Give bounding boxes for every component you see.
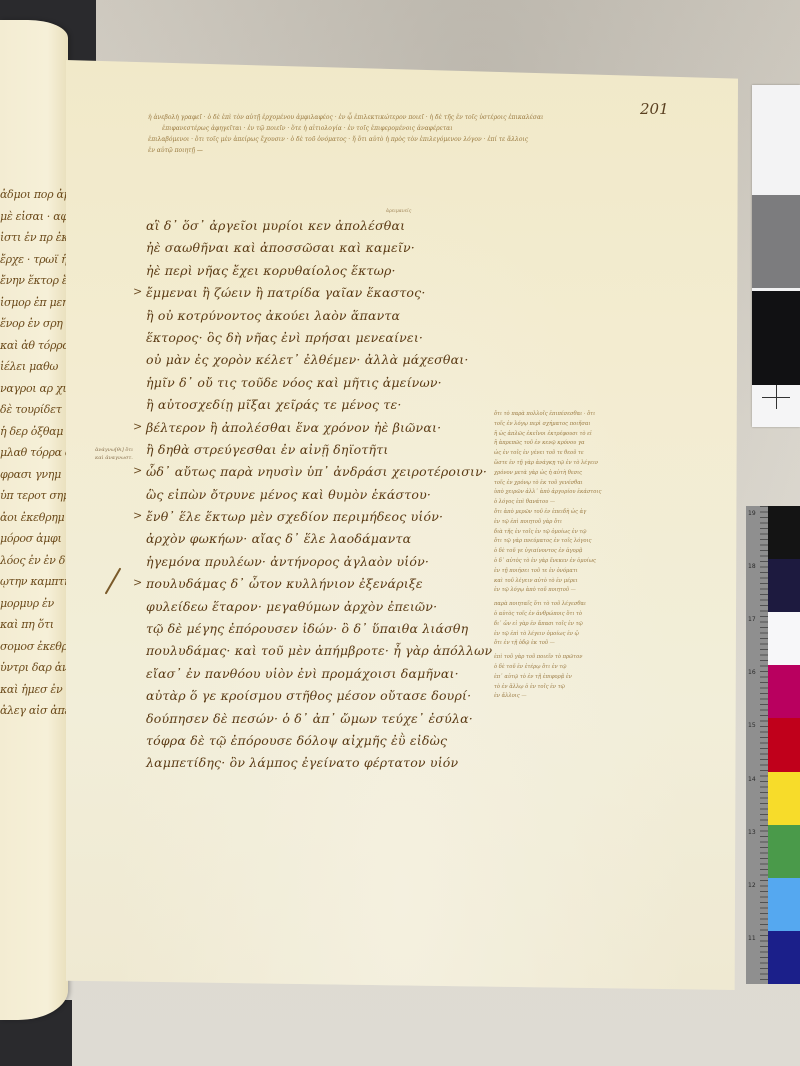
gray-patch-black bbox=[752, 291, 800, 385]
ruler-tick-label: 16 bbox=[748, 669, 756, 676]
verso-line: μὲ εἰσαι · αφ υν bbox=[0, 210, 68, 223]
verse-line: ἠὲ περὶ νῆας ἔχει κορυθαίολος ἕκτωρ· bbox=[146, 263, 486, 285]
scholia-line: ὅτι τῷ γὰρ πνεύματος ἐν τοῖς λόγοις bbox=[494, 537, 642, 547]
verse-text: λαμπετίδης· ὃν λάμπος ἐγείνατο φέρτατον … bbox=[146, 755, 458, 770]
verse-text: ἠὲ περὶ νῆας ἔχει κορυθαίολος ἕκτωρ· bbox=[146, 263, 396, 278]
verso-line: ἀλεγ αἰσ ἀπε bbox=[0, 704, 68, 717]
ruler-tick-label: 18 bbox=[748, 563, 756, 570]
scholia-line: ἐπὶ τοῦ γὰρ τοῦ ποιεῖν τὸ πρῶτον bbox=[494, 653, 642, 663]
verse-text: ἠὲ σαωθῆναι καὶ ἀποσσῶσαι καὶ καμεῖν· bbox=[146, 240, 415, 255]
verse-text: πουλυδάμας· καὶ τοῦ μὲν ἀπήμβροτε· ἦ γὰρ… bbox=[146, 643, 492, 658]
verse-line: ἢ οὐ κοτρύνοντος ἀκούει λαὸν ἅπαντα bbox=[146, 308, 486, 330]
verso-line: ὑντρι δαρ ἀν bbox=[0, 661, 68, 674]
verse-text: πουλυδάμας δ᾽ ὦτον κυλλήνιον ἐξενάριξε bbox=[146, 576, 423, 591]
verse-line: ἢ δηθὰ στρεύγεσθαι ἐν αἰνῇ δηϊοτῆτι bbox=[146, 442, 486, 464]
verso-line: ἡ δερ ὀξθαμ bbox=[0, 425, 63, 438]
verso-line: μόροσ ἀμφι bbox=[0, 532, 61, 545]
verse-text: ἢ αὐτοσχεδίῃ μῖξαι χεῖράς τε μένος τε· bbox=[146, 397, 402, 412]
scholia-line: ὁ αὐτὸς τοῖς ἐν ἀνθρώποις ὅτι τὸ bbox=[494, 610, 642, 620]
verso-line: ἱστι ἐν πρ ἐκεν bbox=[0, 231, 68, 244]
gray-patch-white bbox=[752, 85, 800, 193]
verse-text: τῷ δὲ μέγης ἐπόρουσεν ἰδών· ὃ δ᾽ ὕπαιθα … bbox=[146, 621, 468, 636]
scholia-line: ὥστε ἐν τῇ γὰρ ἀνάγκῃ τῷ ἐν τὸ λέγειν bbox=[494, 459, 642, 469]
color-swatch bbox=[768, 506, 800, 560]
verso-page: ἀδμοι πορ ἀμῆμὲ εἰσαι · αφ υνἱστι ἐν πρ … bbox=[0, 20, 68, 1020]
diple-mark-icon: > bbox=[133, 420, 142, 433]
verse-line: >πουλυδάμας δ᾽ ὦτον κυλλήνιον ἐξενάριξε bbox=[146, 576, 486, 598]
margin-note-line: ἀνάγνω[θι] ὅτι bbox=[95, 446, 133, 454]
verse-line: τόφρα δὲ τῷ ἐπόρουσε δόλοψ αἰχμῆς ἐῢ εἰδ… bbox=[146, 733, 486, 755]
ruler-tick-label: 15 bbox=[748, 722, 756, 729]
verso-line: ἕνορ ἐν σρη τηω bbox=[0, 317, 68, 330]
scholia-line: ὅτι ἐν τῇ ὁδῷ ἐκ τοῦ — bbox=[494, 639, 642, 649]
color-swatch bbox=[768, 931, 800, 985]
scholia-top-line: ἡ ἀνεβολὴ γραφεῖ · ὁ δὲ ἐπὶ τὸν αὐτῇ ἐρχ… bbox=[148, 112, 638, 123]
verso-line: δὲ τουρίδετ bbox=[0, 403, 62, 416]
scholia-top: ἡ ἀνεβολὴ γραφεῖ · ὁ δὲ ἐπὶ τὸν αὐτῇ ἐρχ… bbox=[148, 112, 638, 156]
scholia-line: ἐν τῇ ποιήσει τοῦ τε ἐν ὀνόματι bbox=[494, 567, 642, 577]
verse-line: ὣς εἰπὼν ὄτρυνε μένος καὶ θυμὸν ἑκάστου· bbox=[146, 487, 486, 509]
verse-line: αὐτὰρ ὅ γε κροίσμου στῆθος μέσον οὔτασε … bbox=[146, 688, 486, 710]
scholia-line: ἐν τῷ ἐπὶ τὸ λέγειν ὁμοίως ἐν ᾧ bbox=[494, 630, 642, 640]
diple-mark-icon: > bbox=[133, 576, 142, 589]
verso-line: ὑπ τεροτ σημ bbox=[0, 489, 68, 502]
verso-line: μορμυρ ἐν bbox=[0, 597, 54, 610]
verse-text: τόφρα δὲ τῷ ἐπόρουσε δόλοψ αἰχμῆς ἐῢ εἰδ… bbox=[146, 733, 447, 748]
crosshair-icon bbox=[776, 385, 777, 409]
verso-line: λόος ἐν ἐν δὴ bbox=[0, 554, 68, 567]
scholia-line: ὑπὸ χειρῶν ἀλλ᾽ ἀπὸ ἀργυρίου ἑκάστοις bbox=[494, 488, 642, 498]
verso-line: ἔνην ἕκτορ ἕκα bbox=[0, 274, 68, 287]
scholia-line: ὁ λόγος ἐπὶ θανάτου — bbox=[494, 498, 642, 508]
color-swatch bbox=[768, 665, 800, 719]
scholia-line: καὶ τοῦ λέγειν αὐτὸ τὸ ἐν μέρει bbox=[494, 577, 642, 587]
main-text-block: αἳ δ᾽ ὅσ᾽ ἀργεῖοι μυρίοι κεν ἀπολέσθαιἠὲ… bbox=[146, 218, 486, 778]
verso-line: μλαθ τόρρα αυ bbox=[0, 446, 68, 459]
verse-line: >ἔνθ᾽ ἕλε ἕκτωρ μὲν σχεδίον περιμήδεος υ… bbox=[146, 509, 486, 531]
diple-mark-icon: > bbox=[133, 509, 142, 522]
scholia-line: δι᾽ ὧν εἰ γὰρ ἐν ἅπασι τοῖς ἐν τῷ bbox=[494, 620, 642, 630]
ruler-tick-label: 14 bbox=[748, 776, 756, 783]
verse-line: ἢ αὐτοσχεδίῃ μῖξαι χεῖράς τε μένος τε· bbox=[146, 397, 486, 419]
scholia-line: τὸ ἐν ἄλλῳ ὁ ἐν τοῖς ἐν τῷ bbox=[494, 683, 642, 693]
verse-line: αἳ δ᾽ ὅσ᾽ ἀργεῖοι μυρίοι κεν ἀπολέσθαι bbox=[146, 218, 486, 240]
verso-line: καὶ πη ὅτι bbox=[0, 618, 54, 631]
verso-line: ἀοι ἐκεθρημ bbox=[0, 511, 64, 524]
scholia-line: ἐπ᾽ αὐτῷ τὸ ἐν τῇ ἐπιφορᾷ ἐν bbox=[494, 673, 642, 683]
verse-text: ἀρχὸν φωκήων· αἴας δ᾽ ἕλε λαοδάμαντα bbox=[146, 531, 411, 546]
verse-text: ἢ δηθὰ στρεύγεσθαι ἐν αἰνῇ δηϊοτῆτι bbox=[146, 442, 388, 457]
verse-line: ἀρχὸν φωκήων· αἴας δ᾽ ἕλε λαοδάμαντα bbox=[146, 531, 486, 553]
verse-line: >ὧδ᾽ αὔτως παρὰ νηυσὶν ὑπ᾽ ἀνδράσι χειρο… bbox=[146, 464, 486, 486]
verse-line: δούπησεν δὲ πεσών· ὁ δ᾽ ἀπ᾽ ὤμων τεύχε᾽ … bbox=[146, 711, 486, 733]
verse-text: ὣς εἰπὼν ὄτρυνε μένος καὶ θυμὸν ἑκάστου· bbox=[146, 487, 431, 502]
verse-text: ἡμῖν δ᾽ οὔ τις τοῦδε νόος καὶ μῆτις ἀμεί… bbox=[146, 375, 442, 390]
verse-line: ἠὲ σαωθῆναι καὶ ἀποσσῶσαι καὶ καμεῖν· bbox=[146, 240, 486, 262]
verse-line: φυλείδεω ἕταρον· μεγαθύμων ἀρχὸν ἐπειῶν· bbox=[146, 599, 486, 621]
color-swatch bbox=[768, 612, 800, 666]
color-calibration-target: 191817161514131211 bbox=[746, 506, 800, 984]
scholia-line: ὁ δὲ τοῦ γε ὑγιαίνοντος ἐν ἀγορᾷ bbox=[494, 547, 642, 557]
verse-line: οὐ μὰν ἐς χορὸν κέλετ᾽ ἐλθέμεν· ἀλλὰ μάχ… bbox=[146, 352, 486, 374]
verso-line: ῳτην καμπτη bbox=[0, 575, 68, 588]
verso-line: ναγροι αρ χιπω bbox=[0, 382, 68, 395]
color-swatch bbox=[768, 825, 800, 879]
scholia-line: διὰ τῆς ἐν τοῖς ἐν τῷ ὁμοίως ἐν τῷ bbox=[494, 528, 642, 538]
verse-text: δούπησεν δὲ πεσών· ὁ δ᾽ ἀπ᾽ ὤμων τεύχε᾽ … bbox=[146, 711, 473, 726]
diple-mark-icon: > bbox=[133, 464, 142, 477]
scholia-right-margin: ὅτι τὸ παρὰ πολλοῖς ἐπιπέσεσθαι · ὅτιτοῖ… bbox=[494, 410, 642, 702]
verse-text: εἴασ᾽ ἐν πανθόου υἱὸν ἐνὶ προμάχοισι δαμ… bbox=[146, 666, 459, 681]
scholia-line: ὅτι τὸ παρὰ πολλοῖς ἐπιπέσεσθαι · ὅτι bbox=[494, 410, 642, 420]
interlinear-gloss: ἀρειμανεῖς bbox=[386, 209, 411, 214]
diple-mark-icon: > bbox=[133, 285, 142, 298]
verso-line: ἰσμορ ἐπ μεη bbox=[0, 296, 68, 309]
verse-line: τῷ δὲ μέγης ἐπόρουσεν ἰδών· ὃ δ᾽ ὕπαιθα … bbox=[146, 621, 486, 643]
verse-text: φυλείδεω ἕταρον· μεγαθύμων ἀρχὸν ἐπειῶν· bbox=[146, 599, 437, 614]
verso-line: ἀδμοι πορ ἀμῆ bbox=[0, 188, 68, 201]
margin-note-line: καὶ ἀναγνωστ. bbox=[95, 454, 133, 462]
margin-note-left: ἀνάγνω[θι] ὅτι καὶ ἀναγνωστ. bbox=[95, 446, 133, 462]
verso-line: καὶ ἡμεσ ἐν bbox=[0, 683, 62, 696]
color-swatch bbox=[768, 772, 800, 826]
ruler-tick-label: 19 bbox=[748, 510, 756, 517]
verse-line: λαμπετίδης· ὃν λάμπος ἐγείνατο φέρτατον … bbox=[146, 755, 486, 777]
verse-text: ὧδ᾽ αὔτως παρὰ νηυσὶν ὑπ᾽ ἀνδράσι χειροτ… bbox=[146, 464, 487, 479]
verse-text: αὐτὰρ ὅ γε κροίσμου στῆθος μέσον οὔτασε … bbox=[146, 688, 471, 703]
verso-line: ἱέλει μαθω bbox=[0, 360, 58, 373]
scholia-top-line: ἐπιφανεστέρως ἀφηγεῖται · ἐν τῷ ποιεῖν ·… bbox=[148, 123, 638, 134]
scholia-line: ἐν τῷ ἐπὶ ποιητοῦ γὰρ ὅτι bbox=[494, 518, 642, 528]
centimeter-ruler: 191817161514131211 bbox=[746, 506, 768, 984]
ruler-tick-label: 17 bbox=[748, 616, 756, 623]
color-swatch bbox=[768, 718, 800, 772]
scholia-line: παρὰ ποιηταῖς ὅτι τὸ τοῦ λέγεσθαι bbox=[494, 600, 642, 610]
ruler-tick-label: 13 bbox=[748, 829, 756, 836]
verse-line: >βέλτερον ἢ ἀπολέσθαι ἕνα χρόνον ἠὲ βιῶν… bbox=[146, 420, 486, 442]
gray-calibration-target bbox=[752, 85, 800, 427]
scholia-top-line: ἐν αὐτῷ ποιητῇ — bbox=[148, 145, 638, 156]
scholia-line: ὅτι ἀπὸ μερῶν τοῦ ἐν ἐπειδὴ ὡς ἀγ bbox=[494, 508, 642, 518]
verse-line: >ἔμμεναι ἢ ζώειν ἢ πατρίδα γαῖαν ἕκαστος… bbox=[146, 285, 486, 307]
verse-text: ἔμμεναι ἢ ζώειν ἢ πατρίδα γαῖαν ἕκαστος· bbox=[146, 285, 426, 300]
scholia-top-line: ἐπιλαβόμενοι · ὅτι τοῖς μὲν ἀπείρως ἔχου… bbox=[148, 134, 638, 145]
scholia-line: χρόνον μετὰ γὰρ ὡς ἡ αὐτὴ θεσις bbox=[494, 469, 642, 479]
verse-text: ἕκτορος· ὃς δὴ νῆας ἐνὶ πρήσαι μενεαίνει… bbox=[146, 330, 423, 345]
scholia-line: ἢ ὡς ἀπλῶς ἐκεῖνοι ἐκτρέφουσι τὸ εἰ bbox=[494, 430, 642, 440]
scholia-line: ὁ δ᾽ αὐτὸς τὸ ἐν γὰρ ἕνεκεν ἐν ὁμοίως bbox=[494, 557, 642, 567]
scholia-line: τοῖς ἐν χρόνῳ τὸ ἐκ τοῦ γενέσθαι bbox=[494, 479, 642, 489]
gray-patch-mid bbox=[752, 195, 800, 288]
ruler-tick-label: 11 bbox=[748, 935, 756, 942]
verse-line: εἴασ᾽ ἐν πανθόου υἱὸν ἐνὶ προμάχοισι δαμ… bbox=[146, 666, 486, 688]
verse-text: βέλτερον ἢ ἀπολέσθαι ἕνα χρόνον ἠὲ βιῶνα… bbox=[146, 420, 441, 435]
verse-text: οὐ μὰν ἐς χορὸν κέλετ᾽ ἐλθέμεν· ἀλλὰ μάχ… bbox=[146, 352, 469, 367]
scholia-line: ἢ ἀπρεπῶς τοῦ ἐν κενῷ κρόνου γα bbox=[494, 439, 642, 449]
color-swatch bbox=[768, 878, 800, 932]
verse-text: ἢ οὐ κοτρύνοντος ἀκούει λαὸν ἅπαντα bbox=[146, 308, 400, 323]
verso-line: ἔρχε · τρωϊ ἡν bbox=[0, 253, 68, 266]
verse-line: ἕκτορος· ὃς δὴ νῆας ἐνὶ πρήσαι μενεαίνει… bbox=[146, 330, 486, 352]
scholia-line: ἐν ἄλλοις — bbox=[494, 692, 642, 702]
verse-text: ἔνθ᾽ ἕλε ἕκτωρ μὲν σχεδίον περιμήδεος υἱ… bbox=[146, 509, 443, 524]
verse-line: πουλυδάμας· καὶ τοῦ μὲν ἀπήμβροτε· ἦ γὰρ… bbox=[146, 643, 486, 665]
scholia-line: ὡς ἐν τοῖς ἐν γένει τοῦ τε θεοῦ τε bbox=[494, 449, 642, 459]
verse-line: ἡμῖν δ᾽ οὔ τις τοῦδε νόος καὶ μῆτις ἀμεί… bbox=[146, 375, 486, 397]
folio-number: 201 bbox=[640, 100, 669, 118]
scholia-line: ἐν τῷ λόγῳ ἀπὸ τοῦ ποιητοῦ — bbox=[494, 586, 642, 596]
verso-line: σομοσ ἐκεθρ bbox=[0, 640, 68, 653]
verse-line: ἡγεμόνα πρυλέων· ἀντήνορος ἀγλαὸν υἱόν· bbox=[146, 554, 486, 576]
scholia-line: ὁ δὲ τοῦ ἐν ἑτέρῳ ὅτι ἐν τῷ bbox=[494, 663, 642, 673]
ruler-tick-label: 12 bbox=[748, 882, 756, 889]
scholia-line: τοῖς ἐν λόγῳ περὶ σχήματος ποιῆσαι bbox=[494, 420, 642, 430]
color-swatch bbox=[768, 559, 800, 613]
verse-text: ἡγεμόνα πρυλέων· ἀντήνορος ἀγλαὸν υἱόν· bbox=[146, 554, 429, 569]
verso-line: καὶ ἀθ τόρρα bbox=[0, 339, 68, 352]
verse-text: αἳ δ᾽ ὅσ᾽ ἀργεῖοι μυρίοι κεν ἀπολέσθαι bbox=[146, 218, 405, 233]
verso-line: φρασι γνημ bbox=[0, 468, 61, 481]
